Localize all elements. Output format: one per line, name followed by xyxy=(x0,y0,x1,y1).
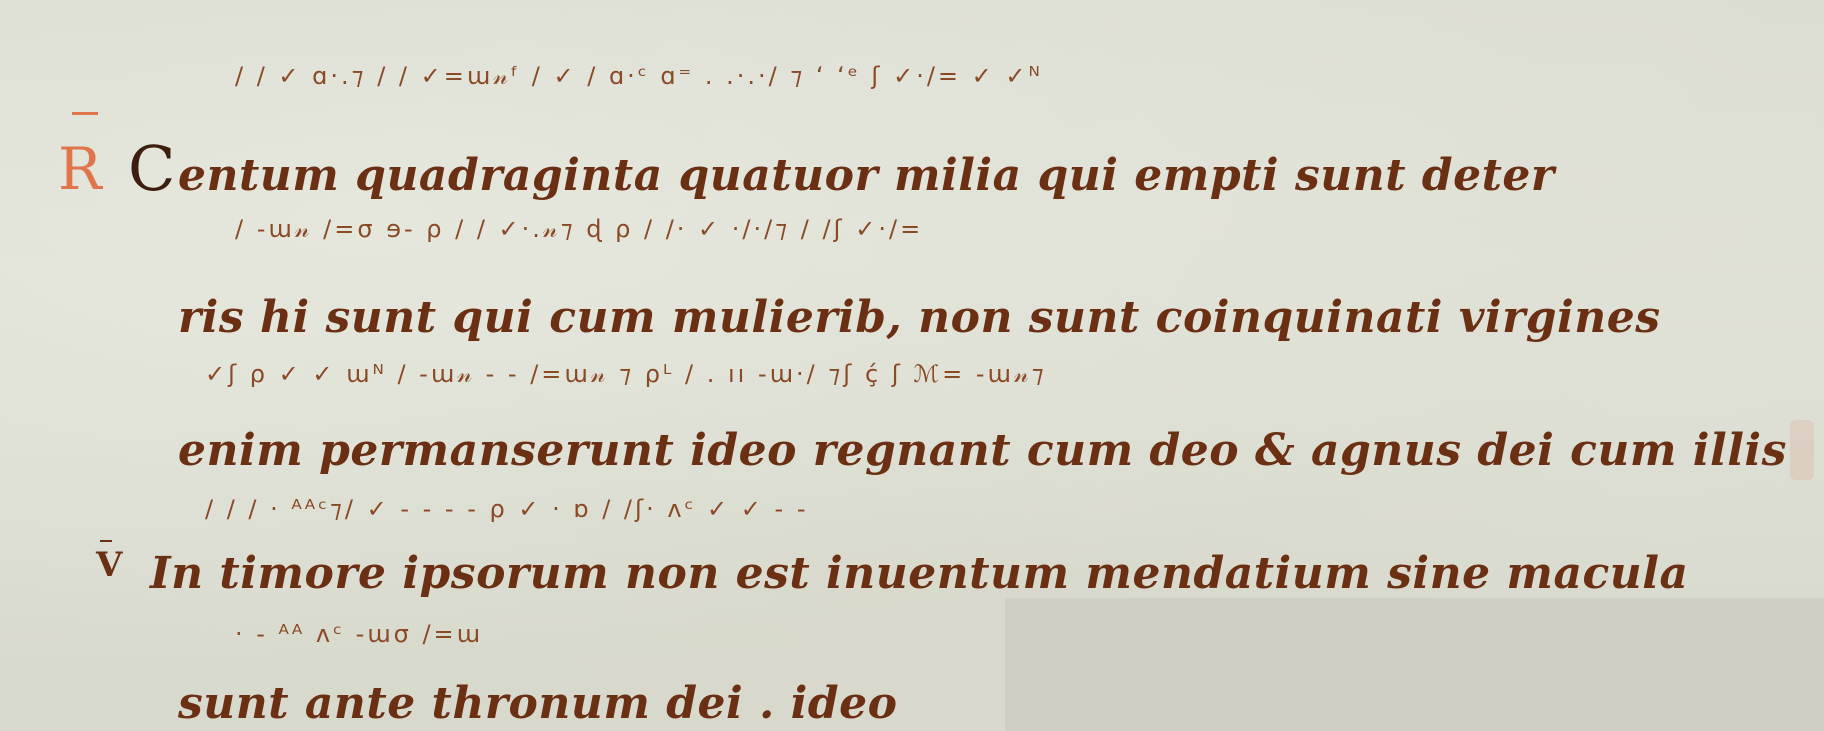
text-row-3: enim permanserunt ideo regnant cum deo &… xyxy=(178,425,1787,476)
rubric-r-icon: R xyxy=(58,135,102,203)
neume-row-2: / -ɯ𝓃 /=σ ɘ- ρ / / ✓·.𝓃⁊ ɖ ρ / /· ✓ ·/·/… xyxy=(235,215,923,243)
versicle-abbreviation-bar xyxy=(100,540,112,542)
neume-row-1: / / ✓ ɑ·.⁊ / / ✓=ɯ𝓃ᶠ / ✓ / ɑ·ᶜ ɑ⁼ . .·.·… xyxy=(235,62,1043,90)
neume-row-5: · - ᴬᴬ ʌᶜ -ɯσ /=ɯ xyxy=(235,620,483,648)
margin-stain xyxy=(1790,420,1814,480)
text-row-5: sunt ante thronum dei . ideo xyxy=(178,678,897,729)
initial-letter: C xyxy=(128,132,175,205)
text-row-1: entum quadraginta quatuor milia qui empt… xyxy=(178,150,1555,201)
rubric-abbreviation-bar xyxy=(72,112,98,115)
gray-mask-panel xyxy=(1005,598,1824,731)
text-row-2: ris hi sunt qui cum mulierib, non sunt c… xyxy=(178,292,1661,343)
text-row-4: In timore ipsorum non est inuentum menda… xyxy=(150,548,1688,599)
neume-row-3: ✓ʃ ρ ✓ ✓ ɯᴺ / -ɯ𝓃 - - /=ɯ𝓃 ⁊ ρᴸ / . ıı -… xyxy=(205,360,1047,388)
versicle-v-icon: V xyxy=(96,545,122,585)
manuscript-page: / / ✓ ɑ·.⁊ / / ✓=ɯ𝓃ᶠ / ✓ / ɑ·ᶜ ɑ⁼ . .·.·… xyxy=(0,0,1824,731)
neume-row-4: / / / · ᴬᴬᶜ⁊/ ✓ - - - - ρ ✓ · ɒ / /ʃ· ʌᶜ… xyxy=(205,495,808,523)
